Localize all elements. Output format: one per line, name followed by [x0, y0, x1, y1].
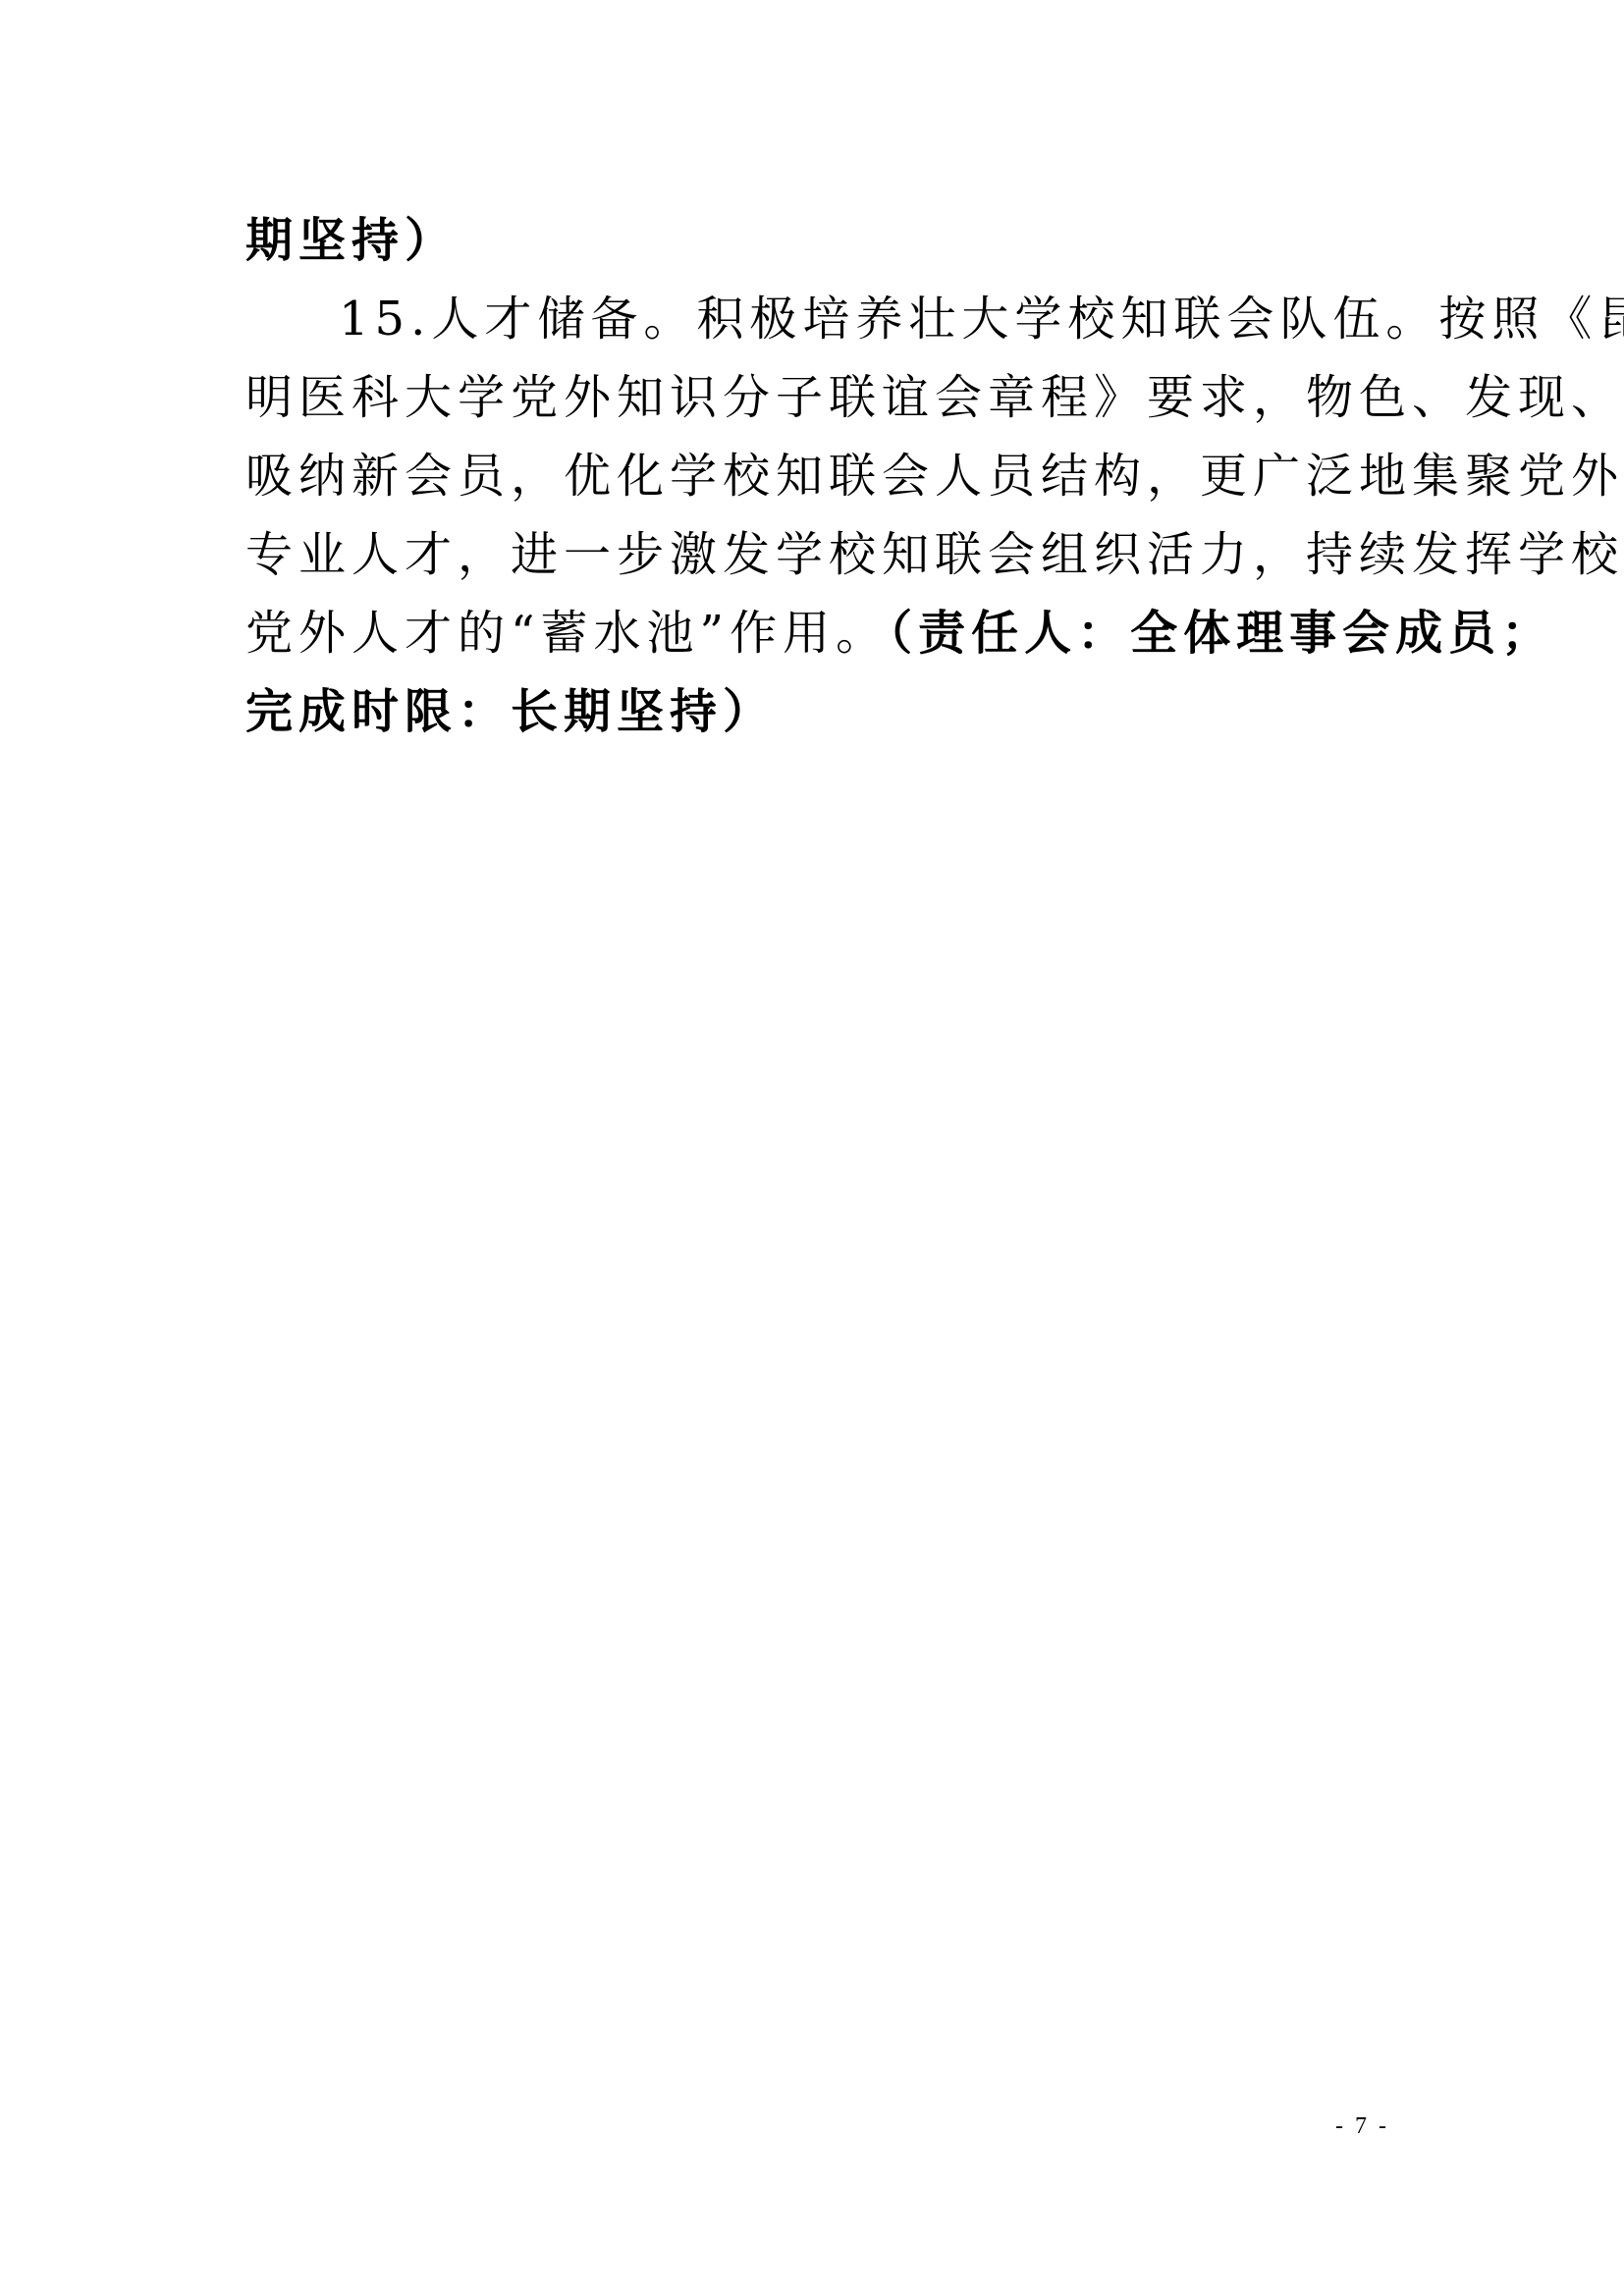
- paragraph-15-line-1: 15.人才储备。积极培养壮大学校知联会队伍。按照《昆: [339, 290, 1389, 348]
- continuation-line: 期坚持）: [245, 211, 1389, 270]
- paragraph-15-line-4: 专业人才，进一步激发学校知联会组织活力，持续发挥学校: [245, 525, 1389, 584]
- paragraph-15-line-3: 吸纳新会员，优化学校知联会人员结构，更广泛地集聚党外: [245, 447, 1389, 506]
- deadline-note: 完成时限：长期坚持）: [245, 682, 1389, 741]
- paragraph-15-line-5-text: 党外人才的“蓄水池”作用。: [245, 606, 889, 661]
- paragraph-15-line-5: 党外人才的“蓄水池”作用。（责任人：全体理事会成员；: [245, 604, 1389, 663]
- page-number: - 7 -: [1335, 2113, 1389, 2140]
- paragraph-15-line-2: 明医科大学党外知识分子联谊会章程》要求，物色、发现、: [245, 368, 1389, 427]
- responsible-person-note: （责任人：全体理事会成员；: [889, 606, 1554, 661]
